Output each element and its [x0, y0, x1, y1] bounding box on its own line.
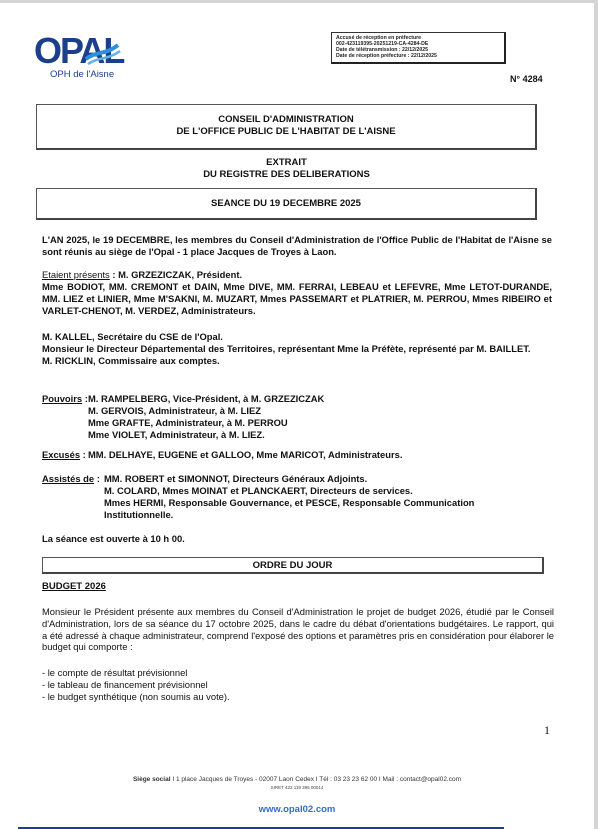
page-number: 1 — [544, 723, 550, 738]
others-line: M. KALLEL, Secrétaire du CSE de l'Opal. — [42, 331, 552, 343]
others-line: Monsieur le Directeur Départemental des … — [42, 343, 552, 355]
logo-subtitle: OPH de l'Aisne — [50, 69, 114, 80]
header-box: CONSEIL D'ADMINISTRATION DE L'OFFICE PUB… — [36, 104, 537, 150]
pouvoir-item: Mme VIOLET, Administrateur, à M. LIEZ. — [88, 429, 324, 441]
website-link[interactable]: www.opal02.com — [0, 804, 594, 815]
presents-list: Mme BODIOT, MM. CREMONT et DAIN, Mme DIV… — [42, 281, 552, 316]
assistes-list: MM. ROBERT et SIMONNOT, Directeurs Génér… — [104, 473, 474, 521]
stamp-line: Date de réception préfecture : 22/12/202… — [336, 53, 500, 59]
others-line: M. RICKLIN, Commissaire aux comptes. — [42, 355, 552, 367]
pouvoirs-label: Pouvoirs — [42, 393, 82, 404]
assiste-item: MM. ROBERT et SIMONNOT, Directeurs Génér… — [104, 473, 474, 485]
bullet-item: - le budget synthétique (non soumis au v… — [42, 691, 230, 703]
excuses-label-wrap: Excusés : — [42, 449, 86, 461]
assistes-label: Assistés de — [42, 473, 94, 484]
pouvoirs-label-wrap: Pouvoirs : — [42, 393, 88, 405]
presents-label: Etaient présents — [42, 269, 110, 280]
footer-siret: SIRET 423 119 395 00014 — [0, 785, 594, 790]
document-page: OPAL OPH de l'Aisne Accusé de réception … — [0, 3, 594, 829]
pouvoir-item: M. GERVOIS, Administrateur, à M. LIEZ — [88, 405, 324, 417]
deliberation-number: N° 4284 — [510, 74, 543, 84]
section-title: BUDGET 2026 — [42, 581, 106, 592]
agenda-box: ORDRE DU JOUR — [42, 557, 544, 574]
budget-bullets: - le compte de résultat prévisionnel - l… — [42, 667, 230, 702]
pouvoir-item: M. RAMPELBERG, Vice-Président, à M. GRZE… — [88, 393, 324, 405]
footer-address: Siège social I 1 place Jacques de Troyes… — [0, 776, 594, 783]
assiste-item: M. COLARD, Mmes MOINAT et PLANCKAERT, Di… — [104, 485, 474, 497]
pouvoir-item: Mme GRAFTE, Administrateur, à M. PERROU — [88, 417, 324, 429]
prefecture-receipt-stamp: Accusé de réception en préfecture 002-42… — [331, 32, 506, 64]
presents-block: Etaient présents : M. GRZEZICZAK, Présid… — [42, 269, 552, 317]
presents-president: : M. GRZEZICZAK, Président. — [110, 269, 242, 280]
extrait-line: EXTRAIT — [36, 157, 537, 169]
intro-text: L'AN 2025, le 19 DECEMBRE, les membres d… — [42, 234, 552, 258]
excuses-text: MM. DELHAYE, EUGENE et GALLOO, Mme MARIC… — [88, 449, 402, 461]
assiste-item: Mmes HERMI, Responsable Gouvernance, et … — [104, 497, 474, 509]
header-line: DE L'OFFICE PUBLIC DE L'HABITAT DE L'AIS… — [37, 126, 535, 138]
excuses-label: Excusés — [42, 449, 80, 460]
extrait-heading: EXTRAIT DU REGISTRE DES DELIBERATIONS — [36, 157, 537, 181]
assistes-label-wrap: Assistés de : — [42, 473, 100, 485]
pouvoirs-list: M. RAMPELBERG, Vice-Président, à M. GRZE… — [88, 393, 324, 441]
assiste-item: Institutionnelle. — [104, 509, 474, 521]
extrait-line: DU REGISTRE DES DELIBERATIONS — [36, 169, 537, 181]
header-line: CONSEIL D'ADMINISTRATION — [37, 114, 535, 126]
footer-contact: I 1 place Jacques de Troyes - 02007 Laon… — [171, 776, 462, 783]
opening-text: La séance est ouverte à 10 h 00. — [42, 533, 185, 545]
seance-box: SEANCE DU 19 DECEMBRE 2025 — [36, 188, 537, 220]
footer-label: Siège social — [133, 776, 171, 783]
others-block: M. KALLEL, Secrétaire du CSE de l'Opal. … — [42, 331, 552, 367]
budget-paragraph: Monsieur le Président présente aux membr… — [42, 606, 554, 653]
agenda-title: ORDRE DU JOUR — [43, 560, 542, 572]
bullet-item: - le compte de résultat prévisionnel — [42, 667, 230, 679]
bullet-item: - le tableau de financement prévisionnel — [42, 679, 230, 691]
seance-title: SEANCE DU 19 DECEMBRE 2025 — [37, 198, 535, 210]
